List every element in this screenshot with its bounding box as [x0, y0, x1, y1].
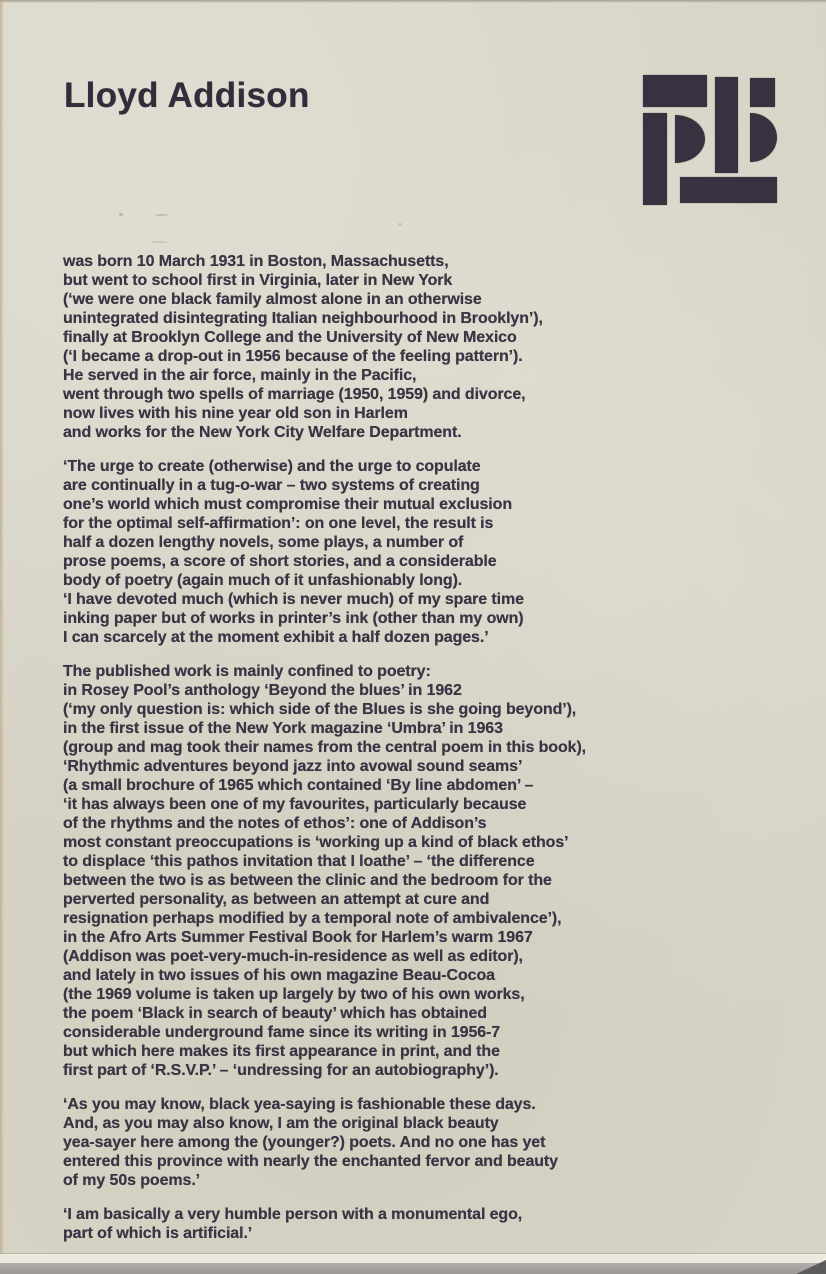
publisher-pb-logo-icon: [643, 75, 777, 205]
pb-logo-bowl-p: [675, 115, 705, 163]
page-edge-top: [0, 0, 826, 3]
bio-paragraph-yea-saying: ‘As you may know, black yea-saying is fa…: [63, 1095, 783, 1190]
pencil-mark: [155, 214, 169, 217]
bio-paragraph-urge-to-create: ‘The urge to create (otherwise) and the …: [63, 457, 783, 647]
page-edge-bottom: [0, 1254, 826, 1263]
biography-text: was born 10 March 1931 in Boston, Massac…: [63, 252, 783, 1258]
pb-logo-stem-left: [643, 113, 667, 205]
page-title: Lloyd Addison: [64, 78, 310, 113]
bio-paragraph-humble-person: ‘I am basically a very humble person wit…: [63, 1205, 783, 1243]
scanner-corner-shadow: [796, 1260, 826, 1274]
scanner-background-strip: [0, 1263, 826, 1274]
pb-logo-bowl-b: [750, 113, 777, 162]
page-edge-left: [0, 0, 4, 1262]
pb-logo-stem-middle: [715, 77, 738, 173]
pencil-mark: [398, 223, 402, 226]
pb-logo-block-bottom: [680, 177, 777, 203]
pencil-mark: [119, 213, 123, 216]
bio-paragraph-published-work: The published work is mainly confined to…: [63, 662, 783, 1080]
pencil-mark: [150, 241, 168, 244]
pb-logo-block-top-right: [750, 78, 775, 107]
bio-paragraph-birth-and-life: was born 10 March 1931 in Boston, Massac…: [63, 252, 783, 442]
pb-logo-block-top-left: [643, 75, 707, 107]
scanned-book-page: Lloyd Addison was born 10 March 1931 in …: [0, 0, 826, 1274]
